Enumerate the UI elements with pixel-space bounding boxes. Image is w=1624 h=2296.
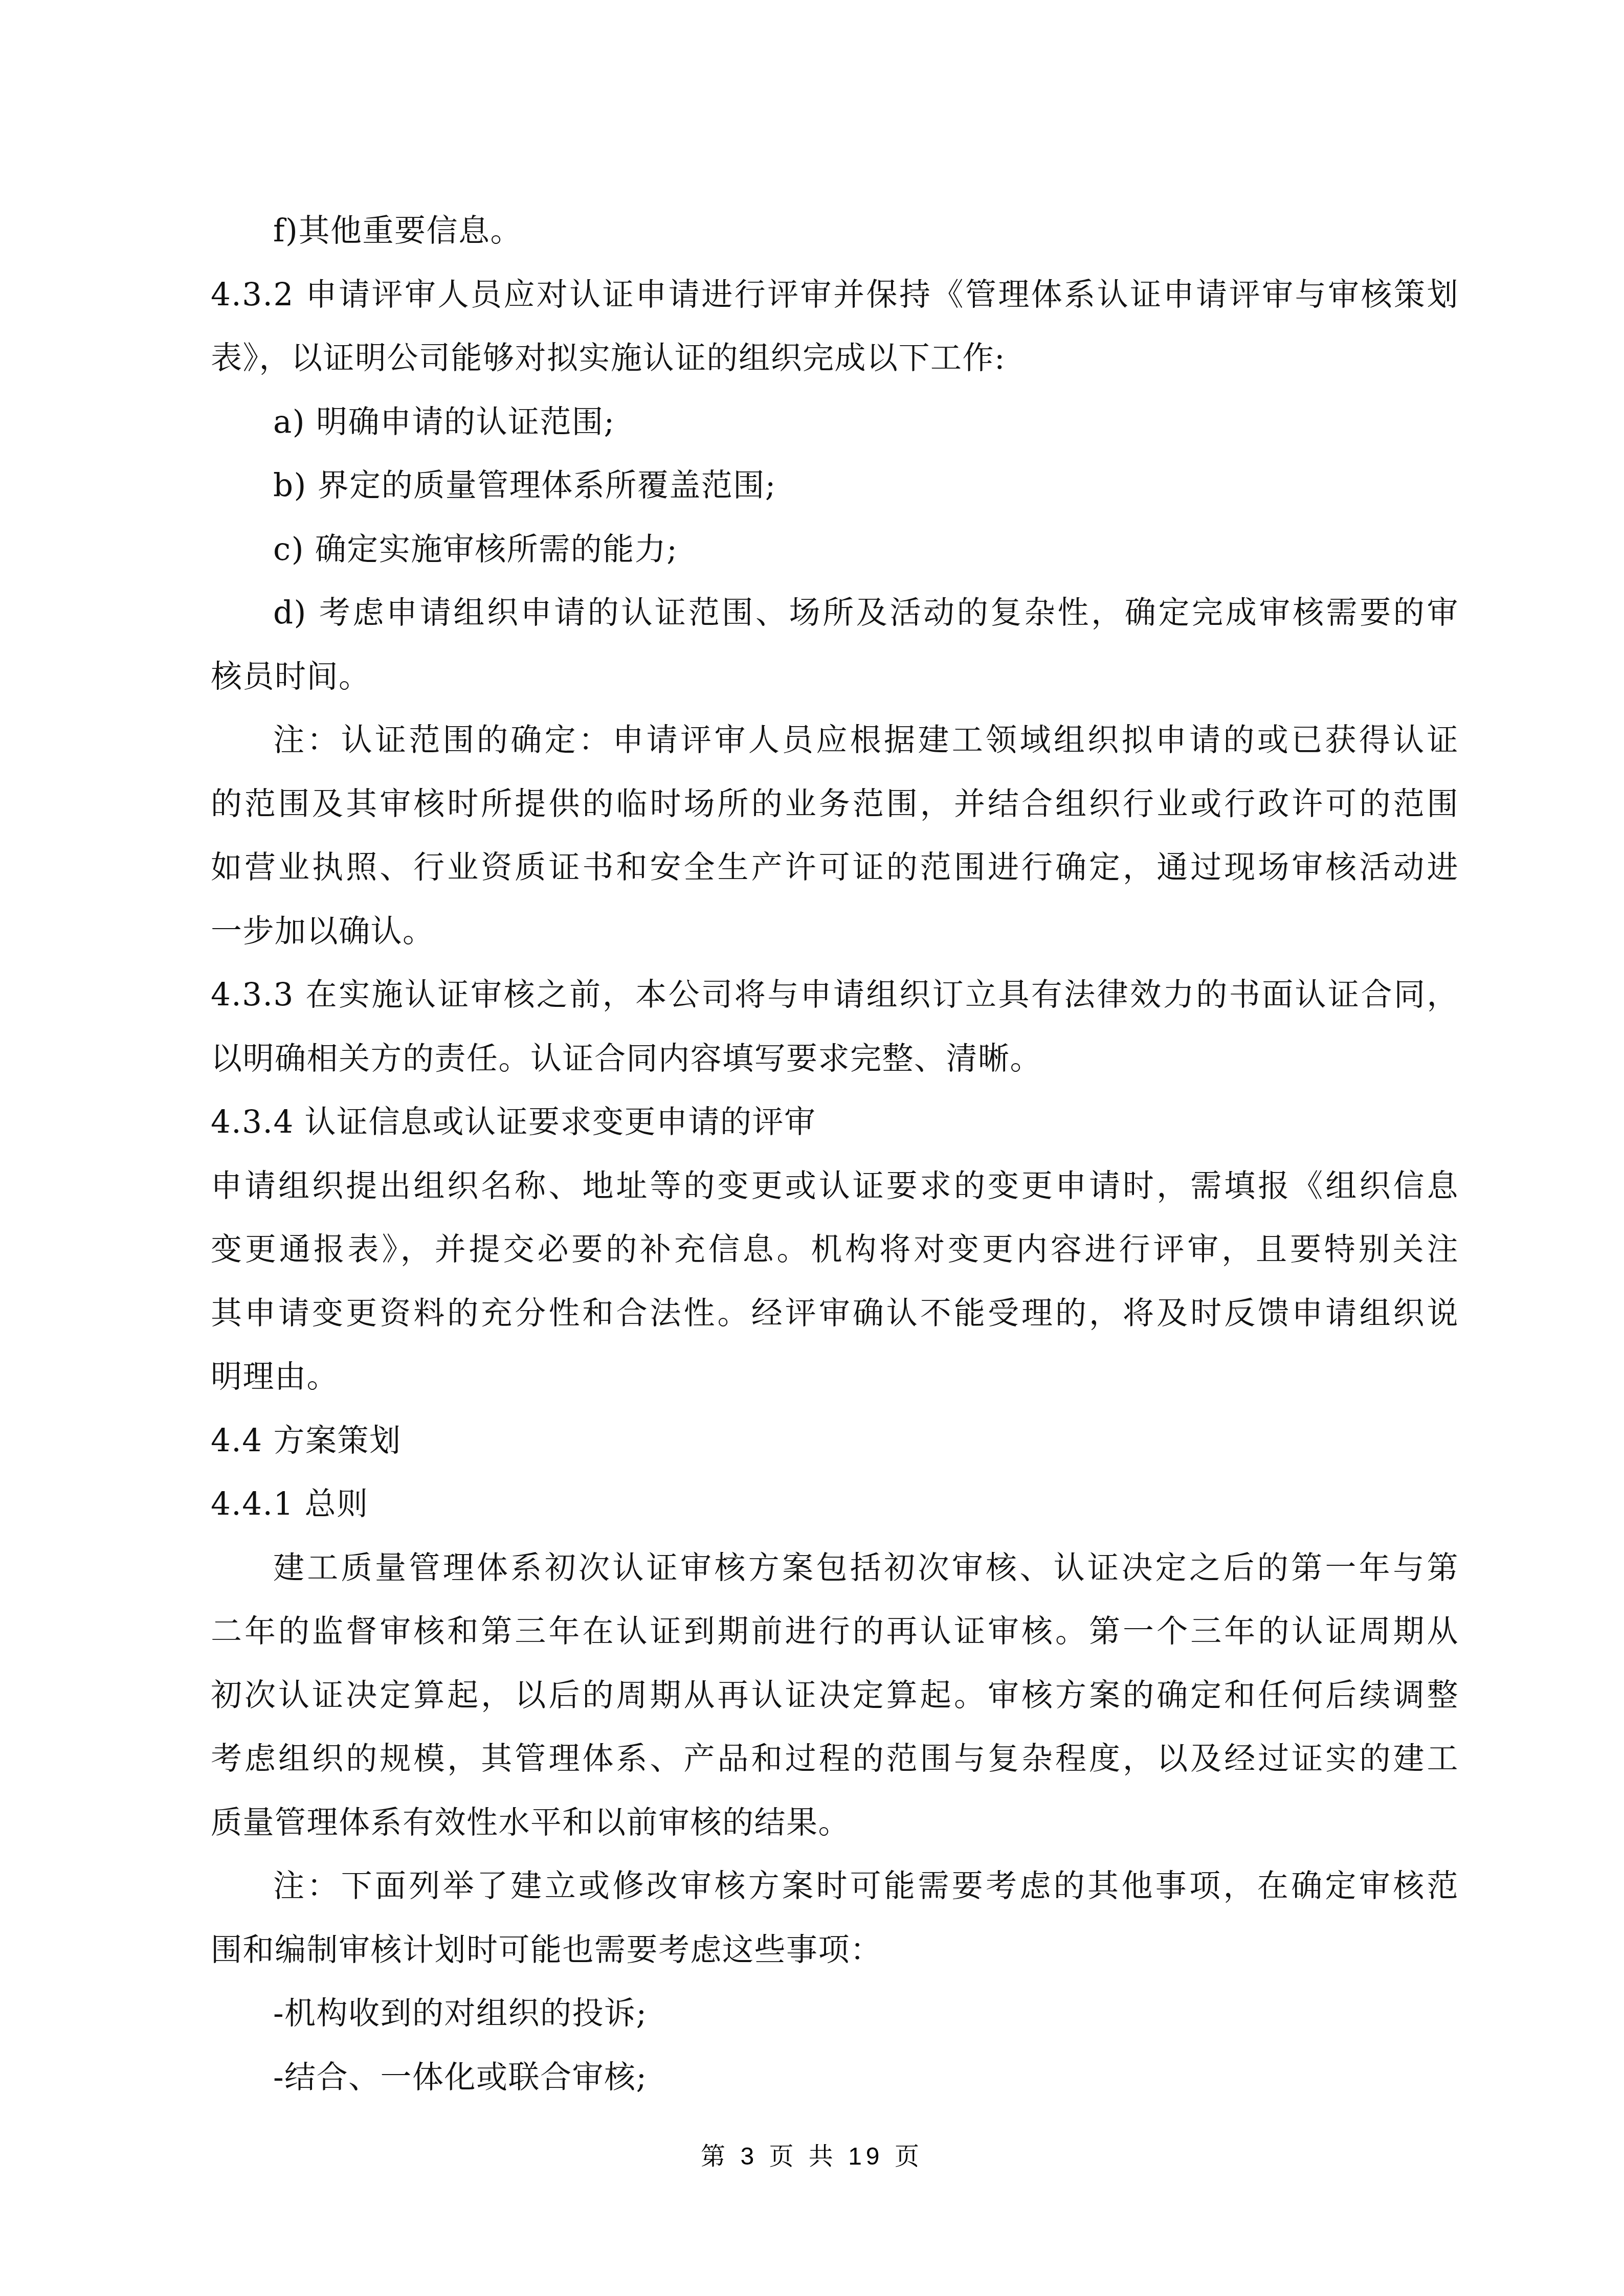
text-line: -机构收到的对组织的投诉;	[211, 1982, 1459, 2046]
text-line: 4.3.2 申请评审人员应对认证申请进行评审并保持《管理体系认证申请评审与审核策…	[211, 263, 1459, 327]
text-line: 4.3.4 认证信息或认证要求变更申请的评审	[211, 1091, 1459, 1155]
document-body: f)其他重要信息。4.3.2 申请评审人员应对认证申请进行评审并保持《管理体系认…	[211, 199, 1459, 2109]
text-line: 申请组织提出组织名称、地址等的变更或认证要求的变更申请时，需填报《组织信息	[211, 1155, 1459, 1219]
text-line: 明理由。	[211, 1345, 1459, 1409]
text-line: 质量管理体系有效性水平和以前审核的结果。	[211, 1791, 1459, 1855]
text-line: 其申请变更资料的充分性和合法性。经评审确认不能受理的，将及时反馈申请组织说	[211, 1282, 1459, 1346]
text-line: 二年的监督审核和第三年在认证到期前进行的再认证审核。第一个三年的认证周期从	[211, 1600, 1459, 1664]
text-line: 注：下面列举了建立或修改审核方案时可能需要考虑的其他事项，在确定审核范	[211, 1855, 1459, 1919]
text-line: c) 确定实施审核所需的能力;	[211, 518, 1459, 582]
text-line: 4.3.3 在实施认证审核之前，本公司将与申请组织订立具有法律效力的书面认证合同…	[211, 963, 1459, 1027]
text-line: f)其他重要信息。	[211, 199, 1459, 263]
text-line: 围和编制审核计划时可能也需要考虑这些事项：	[211, 1919, 1459, 1983]
text-line: 变更通报表》，并提交必要的补充信息。机构将对变更内容进行评审，且要特别关注	[211, 1218, 1459, 1282]
text-line: 的范围及其审核时所提供的临时场所的业务范围，并结合组织行业或行政许可的范围	[211, 773, 1459, 837]
text-line: 核员时间。	[211, 645, 1459, 709]
text-line: 建工质量管理体系初次认证审核方案包括初次审核、认证决定之后的第一年与第	[211, 1537, 1459, 1601]
text-line: 一步加以确认。	[211, 900, 1459, 964]
text-line: 表》，以证明公司能够对拟实施认证的组织完成以下工作:	[211, 327, 1459, 391]
text-line: a) 明确申请的认证范围;	[211, 391, 1459, 455]
text-line: 考虑组织的规模，其管理体系、产品和过程的范围与复杂程度，以及经过证实的建工	[211, 1727, 1459, 1791]
text-line: 4.4 方案策划	[211, 1409, 1459, 1473]
text-line: 注：认证范围的确定：申请评审人员应根据建工领域组织拟申请的或已获得认证	[211, 709, 1459, 773]
text-line: d) 考虑申请组织申请的认证范围、场所及活动的复杂性，确定完成审核需要的审	[211, 581, 1459, 645]
text-line: 4.4.1 总则	[211, 1473, 1459, 1537]
text-line: 初次认证决定算起，以后的周期从再认证决定算起。审核方案的确定和任何后续调整	[211, 1664, 1459, 1728]
text-line: -结合、一体化或联合审核;	[211, 2046, 1459, 2110]
page-number-footer: 第 3 页 共 19 页	[0, 2136, 1624, 2172]
text-line: 以明确相关方的责任。认证合同内容填写要求完整、清晰。	[211, 1027, 1459, 1091]
text-line: b) 界定的质量管理体系所覆盖范围;	[211, 454, 1459, 518]
text-line: 如营业执照、行业资质证书和安全生产许可证的范围进行确定，通过现场审核活动进	[211, 836, 1459, 900]
